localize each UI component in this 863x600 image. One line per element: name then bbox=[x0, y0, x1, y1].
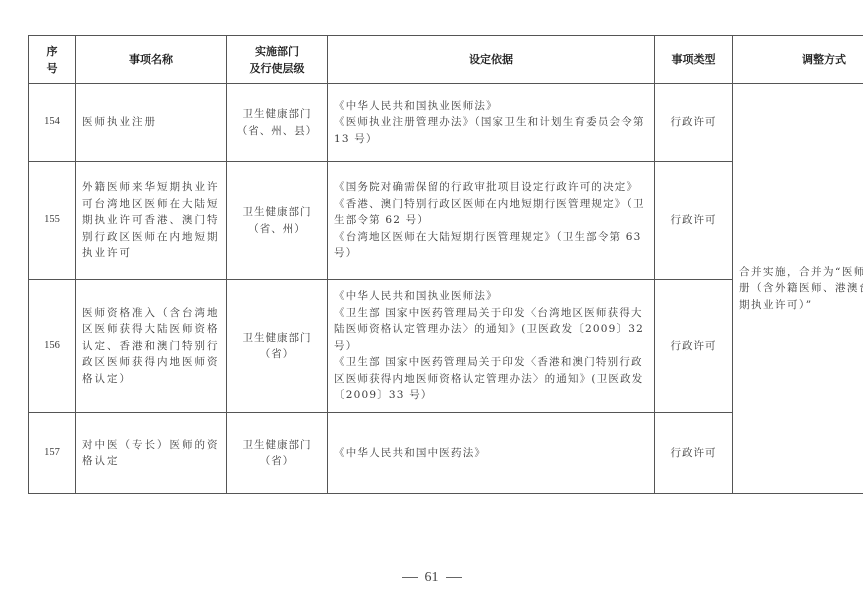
dash-right bbox=[446, 577, 462, 578]
header-item-type: 事项类型 bbox=[655, 36, 733, 84]
department: 卫生健康部门（省、州） bbox=[227, 162, 328, 280]
legal-basis: 《中华人民共和国执业医师法》 《医师执业注册管理办法》（国家卫生和计划生育委员会… bbox=[328, 84, 655, 162]
page-number: 61 bbox=[425, 570, 439, 585]
adjustment-method: 合并实施，合并为“医师执业注册（含外籍医师、港澳台医师短期执业许可）” bbox=[733, 84, 863, 494]
header-legal-basis: 设定依据 bbox=[328, 36, 655, 84]
item-name: 医师执业注册 bbox=[76, 84, 227, 162]
item-type: 行政许可 bbox=[655, 162, 733, 280]
department: 卫生健康部门（省） bbox=[227, 280, 328, 413]
item-type: 行政许可 bbox=[655, 84, 733, 162]
row-number: 157 bbox=[29, 413, 76, 494]
table-header-row: 序号 事项名称 实施部门 及行使层级 设定依据 事项类型 调整方式 bbox=[29, 36, 863, 84]
header-item-name: 事项名称 bbox=[76, 36, 227, 84]
legal-basis: 《中华人民共和国中医药法》 bbox=[328, 413, 655, 494]
department: 卫生健康部门（省、州、县） bbox=[227, 84, 328, 162]
item-type: 行政许可 bbox=[655, 413, 733, 494]
row-number: 156 bbox=[29, 280, 76, 413]
item-name: 对中医（专长）医师的资格认定 bbox=[76, 413, 227, 494]
row-number: 154 bbox=[29, 84, 76, 162]
header-no: 序号 bbox=[29, 36, 76, 84]
dash-left bbox=[402, 577, 418, 578]
item-name: 医师资格准入（含台湾地区医师获得大陆医师资格认定、香港和澳门特别行政区医师获得内… bbox=[76, 280, 227, 413]
header-adjustment: 调整方式 bbox=[733, 36, 863, 84]
item-name: 外籍医师来华短期执业许可台湾地区医师在大陆短期执业许可香港、澳门特别行政区医师在… bbox=[76, 162, 227, 280]
page-footer: 61 bbox=[0, 570, 863, 586]
row-number: 155 bbox=[29, 162, 76, 280]
table-row: 154 医师执业注册 卫生健康部门（省、州、县） 《中华人民共和国执业医师法》 … bbox=[29, 84, 863, 162]
permit-items-table: 序号 事项名称 实施部门 及行使层级 设定依据 事项类型 调整方式 154 医师… bbox=[28, 35, 863, 494]
header-department: 实施部门 及行使层级 bbox=[227, 36, 328, 84]
legal-basis: 《中华人民共和国执业医师法》 《卫生部 国家中医药管理局关于印发〈台湾地区医师获… bbox=[328, 280, 655, 413]
item-type: 行政许可 bbox=[655, 280, 733, 413]
department: 卫生健康部门（省） bbox=[227, 413, 328, 494]
legal-basis: 《国务院对确需保留的行政审批项目设定行政许可的决定》 《香港、澳门特别行政区医师… bbox=[328, 162, 655, 280]
